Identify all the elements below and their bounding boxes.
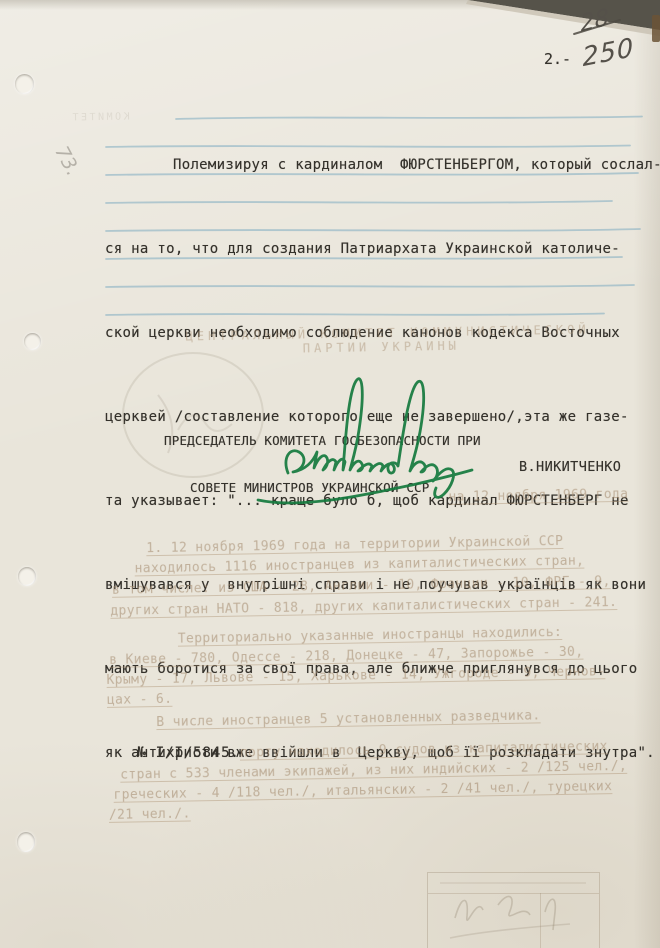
ghost-stamp-divider	[540, 893, 541, 948]
scanned-document-page: 28 250 2.- КОМИТЕТ 73. Полемизируя с кар…	[0, 0, 660, 948]
ghost-stamp-divider	[428, 893, 599, 894]
reference-number: № I/I/5845.	[137, 745, 240, 761]
ghost-stamp-box	[427, 872, 600, 948]
signature-nikitchenko	[0, 0, 660, 948]
ghost-stamp-text-row	[440, 882, 586, 884]
